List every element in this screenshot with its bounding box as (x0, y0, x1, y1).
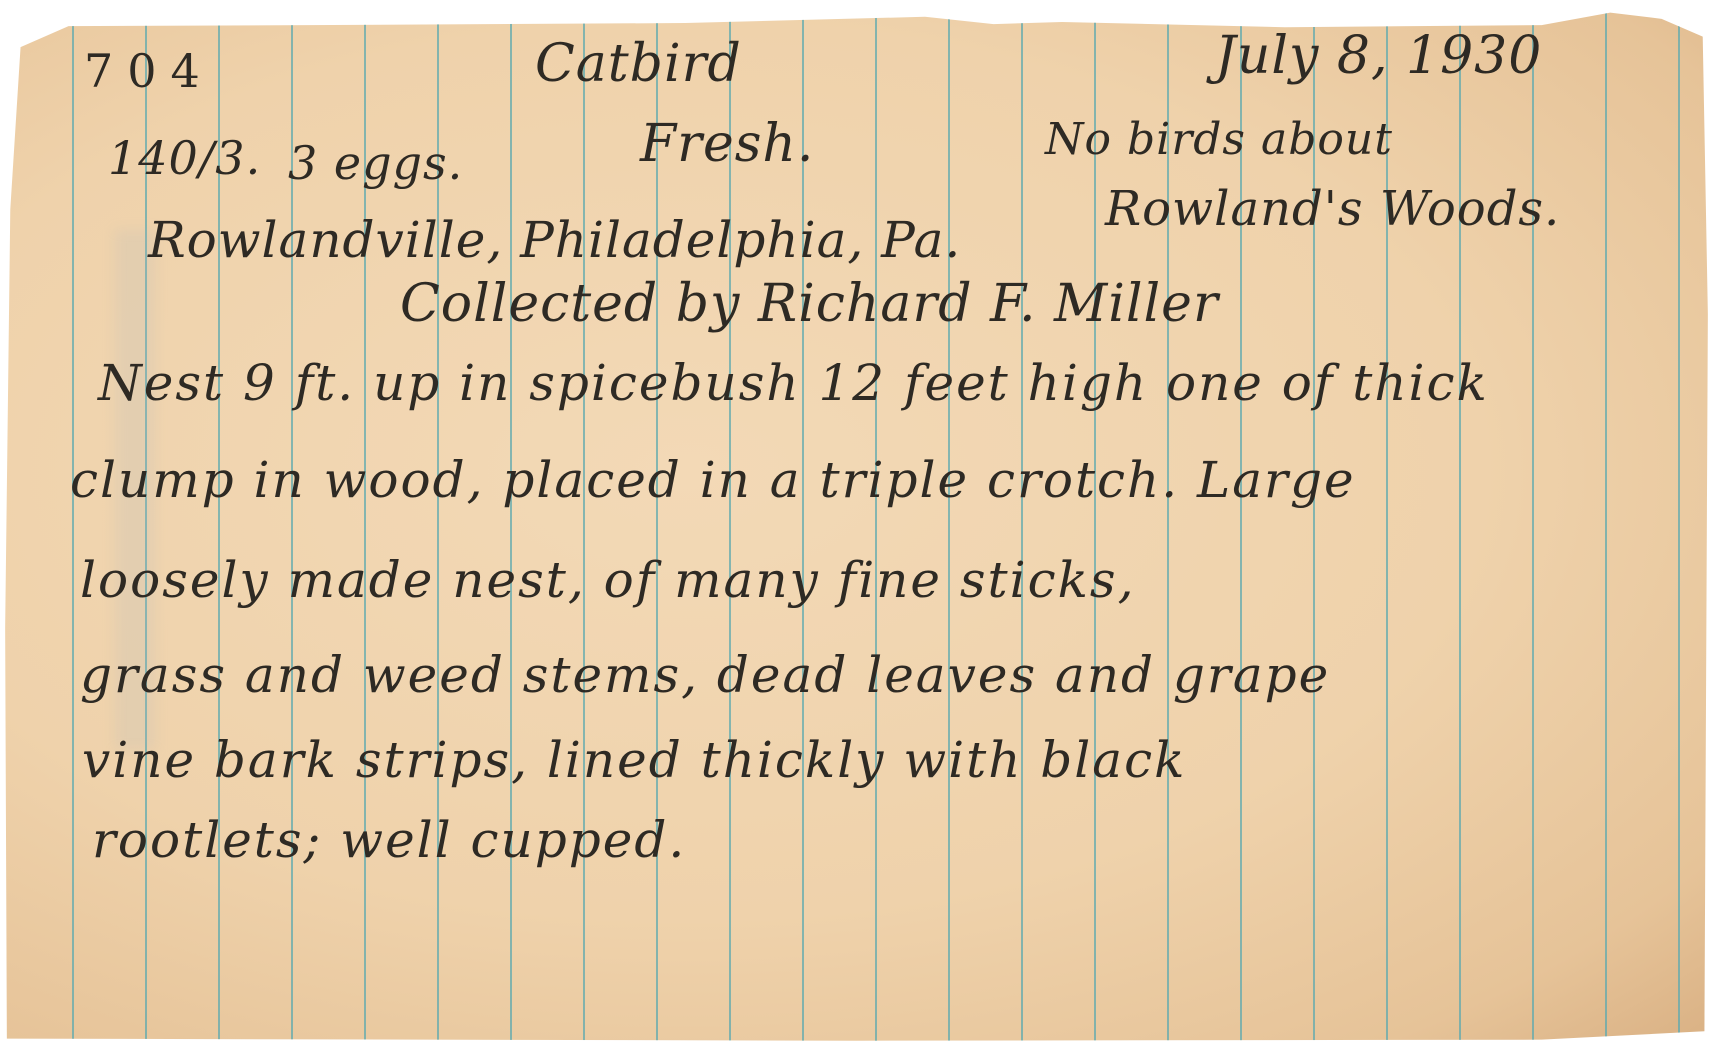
record-number: 704 (84, 48, 214, 94)
ruling-line (1678, 0, 1680, 1047)
ruling-line (948, 0, 950, 1047)
ruling-line (510, 0, 512, 1047)
ruling-line (1605, 0, 1607, 1047)
egg-condition: Fresh. (640, 118, 814, 170)
note-line-1: No birds about (1045, 118, 1393, 162)
note-line: loosely made nest, of many fine sticks, (80, 555, 1135, 605)
note-line-2: Rowland's Woods. (1105, 185, 1560, 233)
note-line: Nest 9 ft. up in spicebush 12 feet high … (98, 358, 1489, 408)
species-name: Catbird (535, 38, 742, 90)
set-mark: 140/3. (108, 135, 261, 181)
ruling-line (1459, 0, 1461, 1047)
clutch-size: 3 eggs. (288, 140, 463, 186)
collection-date: July 8, 1930 (1215, 30, 1542, 82)
ruling-line (1021, 0, 1023, 1047)
note-line: grass and weed stems, dead leaves and gr… (80, 650, 1330, 700)
egg-record-card: 704 Catbird July 8, 1930 140/3. 3 eggs. … (0, 0, 1713, 1047)
ruling-line (1532, 0, 1534, 1047)
note-line: rootlets; well cupped. (92, 815, 686, 865)
collector: Collected by Richard F. Miller (400, 278, 1219, 330)
note-line: clump in wood, placed in a triple crotch… (70, 455, 1356, 505)
ruling-line (583, 0, 585, 1047)
locality: Rowlandville, Philadelphia, Pa. (148, 215, 961, 265)
ruling-line (875, 0, 877, 1047)
ruling-line (72, 0, 74, 1047)
note-line: vine bark strips, lined thickly with bla… (82, 735, 1186, 785)
